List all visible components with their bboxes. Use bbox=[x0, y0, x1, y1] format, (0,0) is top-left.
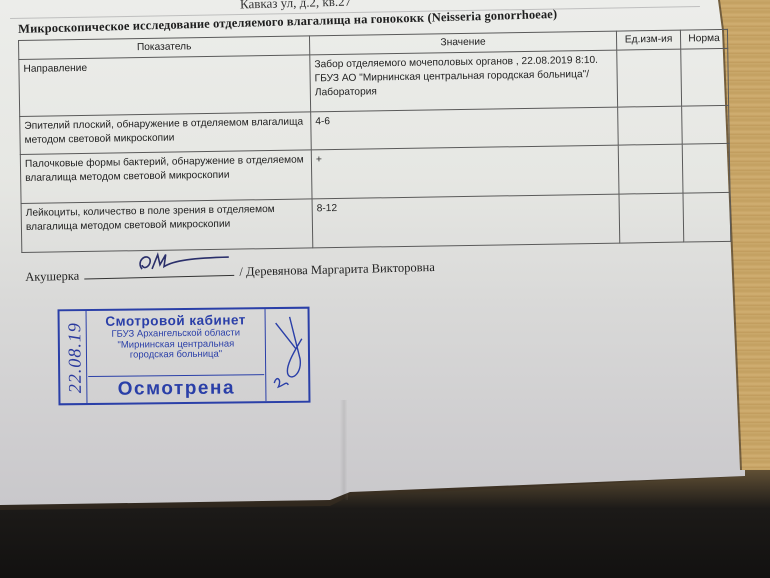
stamp-body: Смотровой кабинет ГБУЗ Архангельской обл… bbox=[88, 309, 265, 403]
stamp-header: Смотровой кабинет ГБУЗ Архангельской обл… bbox=[88, 309, 265, 377]
stamp-date-box: 22.08.19 bbox=[60, 311, 88, 403]
norm-cell bbox=[681, 48, 729, 106]
paper-fold bbox=[340, 400, 348, 500]
results-table: Показатель Значение Ед.изм-ия Норма Напр… bbox=[18, 29, 731, 253]
stamp-date: 22.08.19 bbox=[64, 315, 86, 401]
unit-cell bbox=[618, 106, 683, 145]
value-cell: 8-12 bbox=[312, 194, 620, 248]
column-header-unit: Ед.изм-ия bbox=[616, 30, 680, 50]
indicator-cell: Направление bbox=[19, 55, 311, 117]
stamp-signature-box bbox=[265, 309, 309, 401]
indicator-cell: Палочковые формы бактерий, обнаружение в… bbox=[20, 150, 312, 204]
stamp-signature-icon bbox=[266, 309, 309, 401]
exam-room-stamp: 22.08.19 Смотровой кабинет ГБУЗ Архангел… bbox=[58, 307, 311, 406]
stamp-status: Осмотрена bbox=[88, 375, 264, 403]
unit-cell bbox=[618, 144, 683, 194]
handwritten-signature-icon bbox=[134, 249, 235, 275]
norm-cell bbox=[683, 192, 731, 242]
value-cell: 4-6 bbox=[311, 107, 619, 150]
results-table-container: Показатель Значение Ед.изм-ия Норма Напр… bbox=[18, 29, 731, 253]
stamp-org-line3: городская больница" bbox=[88, 349, 264, 361]
signature-blank bbox=[84, 263, 234, 280]
signer-role: Акушерка bbox=[25, 269, 79, 284]
table-row: Лейкоциты, количество в поле зрения в от… bbox=[21, 192, 731, 252]
norm-cell bbox=[682, 105, 730, 144]
indicator-cell: Эпителий плоский, обнаружение в отделяем… bbox=[20, 112, 312, 155]
value-cell: + bbox=[311, 145, 619, 199]
unit-cell bbox=[619, 193, 684, 243]
unit-cell bbox=[617, 49, 682, 107]
column-header-norm: Норма bbox=[680, 29, 727, 49]
norm-cell bbox=[682, 143, 730, 193]
indicator-cell: Лейкоциты, количество в поле зрения в от… bbox=[21, 199, 313, 253]
value-cell: Забор отделяемого мочеполовых органов , … bbox=[310, 50, 618, 112]
